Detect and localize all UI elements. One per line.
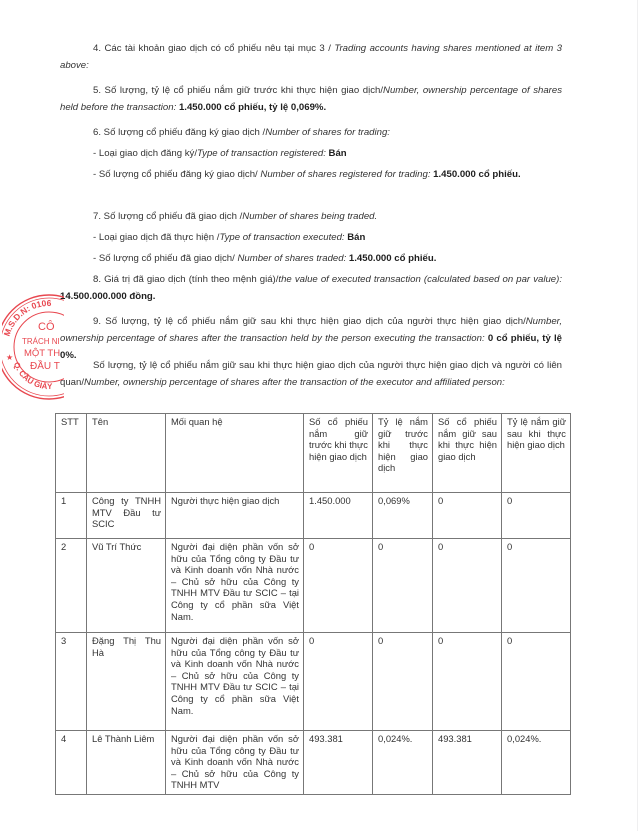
header-name: Tên [87, 414, 166, 493]
holdings-table: STT Tên Mối quan hệ Số cổ phiếu nắm giữ … [55, 413, 571, 795]
cell-shares-before: 0 [304, 539, 373, 633]
paragraph-affiliated: Số lượng, tỷ lệ cổ phiếu nắm giữ sau khi… [60, 357, 562, 391]
header-ratio-before: Tỷ lệ nắm giữ trước khi thực hiện giao d… [373, 414, 433, 493]
header-relationship: Mối quan hệ [166, 414, 304, 493]
paragraph-item-6: 6. Số lượng cổ phiếu đăng ký giao dịch /… [60, 124, 562, 141]
cell-relationship: Người đại diện phần vốn sở hữu của Tổng … [166, 539, 304, 633]
table-header-row: STT Tên Mối quan hệ Số cổ phiếu nắm giữ … [56, 414, 571, 493]
paragraph-item-8: 8. Giá trị đã giao dịch (tính theo mệnh … [60, 271, 562, 305]
header-stt: STT [56, 414, 87, 493]
table-row: 4 Lê Thành Liêm Người đại diện phần vốn … [56, 731, 571, 795]
cell-ratio-after: 0,024%. [502, 731, 571, 795]
paragraph-item-4: 4. Các tài khoản giao dịch có cổ phiếu n… [60, 40, 562, 74]
paragraph-item-7b: - Số lượng cổ phiếu đã giao dịch/ Number… [60, 250, 562, 267]
cell-name: Công ty TNHH MTV Đầu tư SCIC [87, 493, 166, 539]
svg-text:MỘT TH: MỘT TH [24, 348, 60, 359]
cell-ratio-before: 0,069% [373, 493, 433, 539]
cell-ratio-after: 0 [502, 633, 571, 731]
cell-ratio-after: 0 [502, 493, 571, 539]
svg-text:CÔ: CÔ [38, 320, 55, 333]
cell-name: Lê Thành Liêm [87, 731, 166, 795]
table-row: 2 Vũ Trí Thức Người đại diện phần vốn sở… [56, 539, 571, 633]
cell-relationship: Người đại diện phần vốn sở hữu của Tổng … [166, 731, 304, 795]
paragraph-item-5: 5. Số lượng, tỷ lệ cổ phiếu nắm giữ trướ… [60, 82, 562, 116]
cell-relationship: Người thực hiện giao dịch [166, 493, 304, 539]
paragraph-item-7: 7. Số lượng cổ phiếu đã giao dịch /Numbe… [60, 208, 562, 225]
cell-stt: 3 [56, 633, 87, 731]
cell-stt: 4 [56, 731, 87, 795]
cell-ratio-after: 0 [502, 539, 571, 633]
company-seal-stamp: M.S.D.N: 0106 Q. CẦU GIẤY CÔ TRÁCH NI MỘ… [2, 292, 64, 402]
seal-icon: M.S.D.N: 0106 Q. CẦU GIẤY CÔ TRÁCH NI MỘ… [2, 292, 64, 402]
table-row: 1 Công ty TNHH MTV Đầu tư SCIC Người thự… [56, 493, 571, 539]
table-row: 3 Đặng Thị Thu Hà Người đại diện phần vố… [56, 633, 571, 731]
cell-shares-before: 1.450.000 [304, 493, 373, 539]
cell-shares-before: 0 [304, 633, 373, 731]
paragraph-item-6a: - Loại giao dịch đăng ký/Type of transac… [60, 145, 562, 162]
paragraph-item-7a: - Loại giao dịch đã thực hiện /Type of t… [60, 229, 562, 246]
cell-shares-after: 0 [433, 539, 502, 633]
paragraph-item-6b: - Số lượng cổ phiếu đăng ký giao dịch/ N… [60, 166, 562, 183]
page-edge [637, 0, 638, 831]
cell-shares-after: 0 [433, 633, 502, 731]
svg-text:★: ★ [6, 353, 13, 362]
header-ratio-after: Tỷ lệ nắm giữ sau khi thực hiện giao dịc… [502, 414, 571, 493]
cell-shares-after: 0 [433, 493, 502, 539]
cell-stt: 2 [56, 539, 87, 633]
svg-text:ĐẦU T: ĐẦU T [30, 359, 60, 372]
cell-shares-after: 493.381 [433, 731, 502, 795]
header-shares-after: Số cổ phiếu nắm giữ sau khi thực hiện gi… [433, 414, 502, 493]
cell-shares-before: 493.381 [304, 731, 373, 795]
header-shares-before: Số cổ phiếu nắm giữ trước khi thực hiện … [304, 414, 373, 493]
svg-text:TRÁCH NI: TRÁCH NI [22, 337, 60, 346]
cell-ratio-before: 0 [373, 539, 433, 633]
cell-name: Vũ Trí Thức [87, 539, 166, 633]
cell-stt: 1 [56, 493, 87, 539]
cell-ratio-before: 0 [373, 633, 433, 731]
cell-name: Đặng Thị Thu Hà [87, 633, 166, 731]
cell-relationship: Người đại diện phần vốn sở hữu của Tổng … [166, 633, 304, 731]
cell-ratio-before: 0,024%. [373, 731, 433, 795]
